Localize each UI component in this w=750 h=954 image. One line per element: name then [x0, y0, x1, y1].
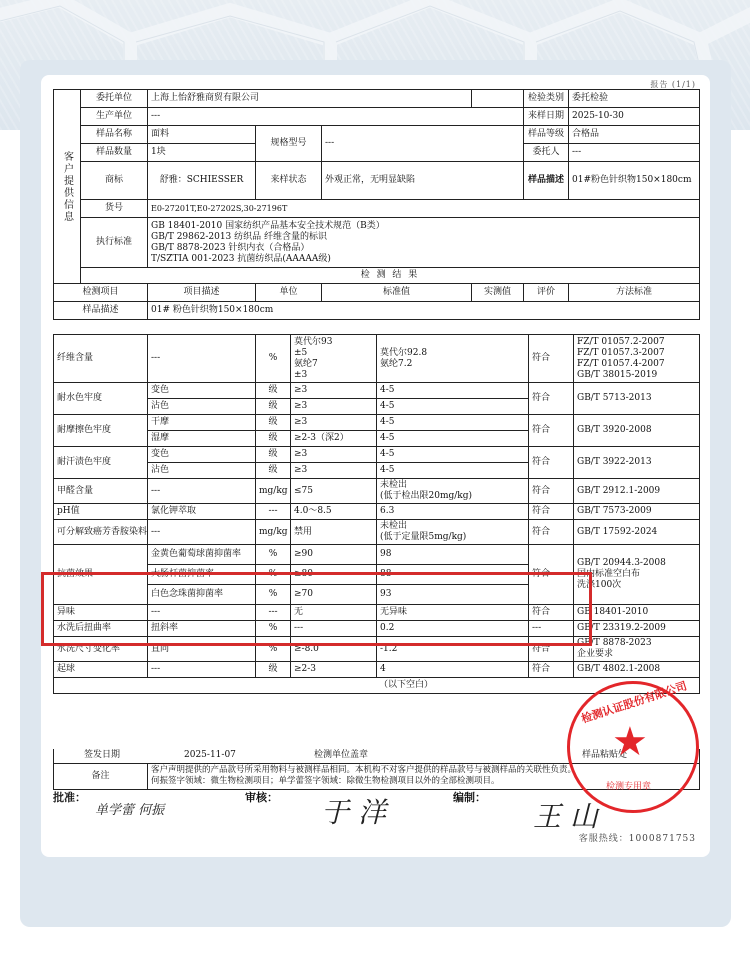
- method-standard: GB/T 2912.1-2009: [574, 479, 700, 504]
- evaluation: 符合: [529, 520, 574, 545]
- sample-date-label: 来样日期: [524, 108, 569, 126]
- evaluation: 符合: [529, 662, 574, 678]
- spec-label: 规格型号: [256, 126, 322, 162]
- test-item: 耐摩擦色牢度: [54, 415, 148, 447]
- inspection-type-value: 委托检验: [569, 90, 700, 108]
- method-standard: GB/T 5713-2013: [574, 383, 700, 415]
- measured-value: 4-5: [377, 399, 529, 415]
- table-row: 耐汗渍色牢度变色级≥34-5符合GB/T 3922-2013: [54, 447, 700, 463]
- item-desc: 变色: [148, 383, 256, 399]
- standard-value: ≥80: [291, 565, 377, 585]
- compile-label: 编制：: [453, 789, 486, 805]
- unit: %: [256, 545, 291, 565]
- standard-value: ≥3: [291, 383, 377, 399]
- evaluation: ---: [529, 621, 574, 637]
- method-standard: GB/T 20944.3-2008国内标准空白布洗涤100次: [574, 545, 700, 605]
- item-desc: ---: [148, 335, 256, 383]
- sample-desc-value: 01#粉色针织物150×180cm: [569, 162, 700, 200]
- header-std: 标准值: [322, 284, 472, 302]
- test-item: 起球: [54, 662, 148, 678]
- item-desc: ---: [148, 605, 256, 621]
- table-row: 起球---级≥2-34符合GB/T 4802.1-2008: [54, 662, 700, 678]
- evaluation: 符合: [529, 605, 574, 621]
- standard-value: ≥2-3（深2）: [291, 431, 377, 447]
- standard-value: 无: [291, 605, 377, 621]
- test-report-page: 报告 (1/1) 客户提供信息 委托单位 上海上怡舒雅商贸有限公司 检验类别 委…: [41, 75, 710, 857]
- approve-signature: 单学蕾 何振: [95, 799, 164, 818]
- standard-value: ≥90: [291, 545, 377, 565]
- test-item: 甲醛含量: [54, 479, 148, 504]
- unit: %: [256, 637, 291, 662]
- table-row: （以下空白）: [54, 678, 700, 694]
- sample-state-value: 外观正常，无明显缺陷: [322, 162, 524, 200]
- standard-value: 莫代尔93±5氨纶7±3: [291, 335, 377, 383]
- evaluation: 符合: [529, 479, 574, 504]
- sample-desc-label: 样品描述: [524, 162, 569, 200]
- remarks-label: 备注: [54, 763, 148, 789]
- brand-value: 舒雅：SCHIESSER: [148, 162, 256, 200]
- compile-signature: 王 山: [533, 795, 598, 835]
- standard-value: ≥2-3: [291, 662, 377, 678]
- unit: %: [256, 585, 291, 605]
- sample-paste-label: 样品粘贴处: [582, 750, 627, 761]
- evaluation: 符合: [529, 504, 574, 520]
- table-row: 耐摩擦色牢度干摩级≥34-5符合GB/T 3920-2008: [54, 415, 700, 431]
- table-row: 水洗尺寸变化率直向%≥-8.0-1.2符合GB/T 8878-2023企业要求: [54, 637, 700, 662]
- measured-value: 莫代尔92.8氨纶7.2: [377, 335, 529, 383]
- evaluation: 符合: [529, 447, 574, 479]
- measured-value: 98: [377, 545, 529, 565]
- evaluation: 符合: [529, 383, 574, 415]
- header-eval: 评价: [524, 284, 569, 302]
- table-row: 甲醛含量---mg/kg≤75未检出(低于检出限20mg/kg)符合GB/T 2…: [54, 479, 700, 504]
- table-row: 可分解致癌芳香胺染料---mg/kg禁用未检出(低于定量限5mg/kg)符合GB…: [54, 520, 700, 545]
- standard-value: 禁用: [291, 520, 377, 545]
- method-standard: GB/T 4802.1-2008: [574, 662, 700, 678]
- measured-value: 88: [377, 565, 529, 585]
- sample-date-value: 2025-10-30: [569, 108, 700, 126]
- standard-value: ≥3: [291, 415, 377, 431]
- sample-qty-value: 1块: [148, 144, 256, 162]
- spacer: [472, 90, 524, 108]
- sample-desc-row-value: 01# 粉色针织物150×180cm: [148, 302, 700, 320]
- entrusted-by-label: 委托人: [524, 144, 569, 162]
- unit: mg/kg: [256, 479, 291, 504]
- header-measured: 实测值: [472, 284, 524, 302]
- test-item: 抗菌效果: [54, 545, 148, 605]
- method-standard: GB/T 23319.2-2009: [574, 621, 700, 637]
- test-item: pH值: [54, 504, 148, 520]
- item-desc: 湿摩: [148, 431, 256, 447]
- review-label: 审核：: [245, 789, 278, 805]
- evaluation: 符合: [529, 335, 574, 383]
- table-row: 异味------无无异味符合GB 18401-2010: [54, 605, 700, 621]
- item-desc: 变色: [148, 447, 256, 463]
- measured-value: 未检出(低于定量限5mg/kg): [377, 520, 529, 545]
- item-desc: ---: [148, 520, 256, 545]
- method-standard: GB 18401-2010: [574, 605, 700, 621]
- producer-value: ---: [148, 108, 524, 126]
- sample-grade-value: 合格品: [569, 126, 700, 144]
- header-method: 方法标准: [569, 284, 700, 302]
- measured-value: 4: [377, 662, 529, 678]
- stamp-label: 检测单位盖章: [314, 750, 368, 761]
- service-hotline: 客服热线：1000871753: [579, 831, 696, 844]
- item-no-value: E0-27201T,E0-27202S,30-27196T: [148, 200, 700, 218]
- item-desc: 扭斜率: [148, 621, 256, 637]
- inspection-type-label: 检验类别: [524, 90, 569, 108]
- client-unit-label: 委托单位: [81, 90, 148, 108]
- unit: %: [256, 621, 291, 637]
- client-info-section-label: 客户提供信息: [54, 90, 81, 284]
- standard-value: ≤75: [291, 479, 377, 504]
- measured-value: 4-5: [377, 383, 529, 399]
- unit: %: [256, 335, 291, 383]
- table-row: pH值氯化钾萃取---4.0～8.56.3符合GB/T 7573-2009: [54, 504, 700, 520]
- sample-state-label: 来样状态: [256, 162, 322, 200]
- measured-value: 未检出(低于检出限20mg/kg): [377, 479, 529, 504]
- evaluation: 符合: [529, 637, 574, 662]
- standard-value: ≥3: [291, 447, 377, 463]
- standard-value: ≥3: [291, 399, 377, 415]
- unit: 级: [256, 415, 291, 431]
- method-standard: GB/T 7573-2009: [574, 504, 700, 520]
- measured-value: 0.2: [377, 621, 529, 637]
- remarks-value: 客户声明提供的产品款号所采用物料与被测样品相同。本机构不对客户提供的样品款号与被…: [148, 763, 700, 789]
- item-desc: 金黄色葡萄球菌抑菌率: [148, 545, 256, 565]
- issue-date-label: 签发日期: [84, 750, 120, 761]
- method-standard: GB/T 8878-2023企业要求: [574, 637, 700, 662]
- measured-value: 6.3: [377, 504, 529, 520]
- measured-value: 4-5: [377, 431, 529, 447]
- issue-row: 签发日期 2025-11-07 检测单位盖章 样品粘贴处: [54, 749, 700, 763]
- unit: ---: [256, 504, 291, 520]
- item-desc: 干摩: [148, 415, 256, 431]
- results-title: 检 测 结 果: [81, 268, 700, 284]
- test-item: 水洗后扭曲率: [54, 621, 148, 637]
- item-desc: 沾色: [148, 399, 256, 415]
- standard-value: ≥3: [291, 463, 377, 479]
- entrusted-by-value: ---: [569, 144, 700, 162]
- item-no-label: 货号: [81, 200, 148, 218]
- unit: 级: [256, 399, 291, 415]
- client-unit-value: 上海上怡舒雅商贸有限公司: [148, 90, 472, 108]
- test-item: 异味: [54, 605, 148, 621]
- test-report-table: 客户提供信息 委托单位 上海上怡舒雅商贸有限公司 检验类别 委托检验 生产单位 …: [53, 89, 700, 320]
- blank-note: （以下空白）: [54, 678, 700, 694]
- unit: ---: [256, 605, 291, 621]
- table-row: 耐水色牢度变色级≥34-5符合GB/T 5713-2013: [54, 383, 700, 399]
- item-desc: ---: [148, 662, 256, 678]
- measured-value: 4-5: [377, 447, 529, 463]
- measured-value: -1.2: [377, 637, 529, 662]
- standard-value: ≥-8.0: [291, 637, 377, 662]
- sample-desc-row-label: 样品描述: [54, 302, 148, 320]
- sample-qty-label: 样品数量: [81, 144, 148, 162]
- measured-value: 4-5: [377, 415, 529, 431]
- footer-table: 签发日期 2025-11-07 检测单位盖章 样品粘贴处 备注 客户声明提供的产…: [53, 749, 700, 790]
- method-standard: GB/T 17592-2024: [574, 520, 700, 545]
- item-desc: 大肠杆菌抑菌率: [148, 565, 256, 585]
- test-item: 可分解致癌芳香胺染料: [54, 520, 148, 545]
- method-standard: GB/T 3920-2008: [574, 415, 700, 447]
- item-desc: ---: [148, 479, 256, 504]
- review-signature: 于 洋: [321, 791, 386, 831]
- standard-value: ---: [291, 621, 377, 637]
- method-standard: GB/T 3922-2013: [574, 447, 700, 479]
- unit: 级: [256, 383, 291, 399]
- evaluation: 符合: [529, 545, 574, 605]
- producer-label: 生产单位: [81, 108, 148, 126]
- standards-list: GB 18401-2010 国家纺织产品基本安全技术规范（B类） GB/T 29…: [148, 218, 700, 268]
- test-item: 耐水色牢度: [54, 383, 148, 415]
- evaluation: 符合: [529, 415, 574, 447]
- test-item: 纤维含量: [54, 335, 148, 383]
- brand-label: 商标: [81, 162, 148, 200]
- unit: 级: [256, 662, 291, 678]
- sample-name-label: 样品名称: [81, 126, 148, 144]
- standards-label: 执行标准: [81, 218, 148, 268]
- test-item: 耐汗渍色牢度: [54, 447, 148, 479]
- unit: 级: [256, 447, 291, 463]
- measured-value: 无异味: [377, 605, 529, 621]
- sample-name-value: 面料: [148, 126, 256, 144]
- test-item: 水洗尺寸变化率: [54, 637, 148, 662]
- standard-value: ≥70: [291, 585, 377, 605]
- table-row: 抗菌效果金黄色葡萄球菌抑菌率%≥9098符合GB/T 20944.3-2008国…: [54, 545, 700, 565]
- item-desc: 白色念珠菌抑菌率: [148, 585, 256, 605]
- table-row: 水洗后扭曲率扭斜率%---0.2---GB/T 23319.2-2009: [54, 621, 700, 637]
- sample-grade-label: 样品等级: [524, 126, 569, 144]
- table-row: 纤维含量---%莫代尔93±5氨纶7±3莫代尔92.8氨纶7.2符合FZ/T 0…: [54, 335, 700, 383]
- header-unit-col: 单位: [256, 284, 322, 302]
- item-desc: 直向: [148, 637, 256, 662]
- unit: mg/kg: [256, 520, 291, 545]
- unit: 级: [256, 463, 291, 479]
- header-desc: 项目描述: [148, 284, 256, 302]
- spec-value: ---: [322, 126, 524, 162]
- method-standard: FZ/T 01057.2-2007FZ/T 01057.3-2007FZ/T 0…: [574, 335, 700, 383]
- issue-date-value: 2025-11-07: [184, 750, 236, 761]
- approve-label: 批准：: [53, 789, 86, 805]
- standard-value: 4.0～8.5: [291, 504, 377, 520]
- header-item: 检测项目: [54, 284, 148, 302]
- measured-value: 4-5: [377, 463, 529, 479]
- item-desc: 沾色: [148, 463, 256, 479]
- measured-value: 93: [377, 585, 529, 605]
- item-desc: 氯化钾萃取: [148, 504, 256, 520]
- unit: %: [256, 565, 291, 585]
- unit: 级: [256, 431, 291, 447]
- results-table: 纤维含量---%莫代尔93±5氨纶7±3莫代尔92.8氨纶7.2符合FZ/T 0…: [53, 334, 700, 694]
